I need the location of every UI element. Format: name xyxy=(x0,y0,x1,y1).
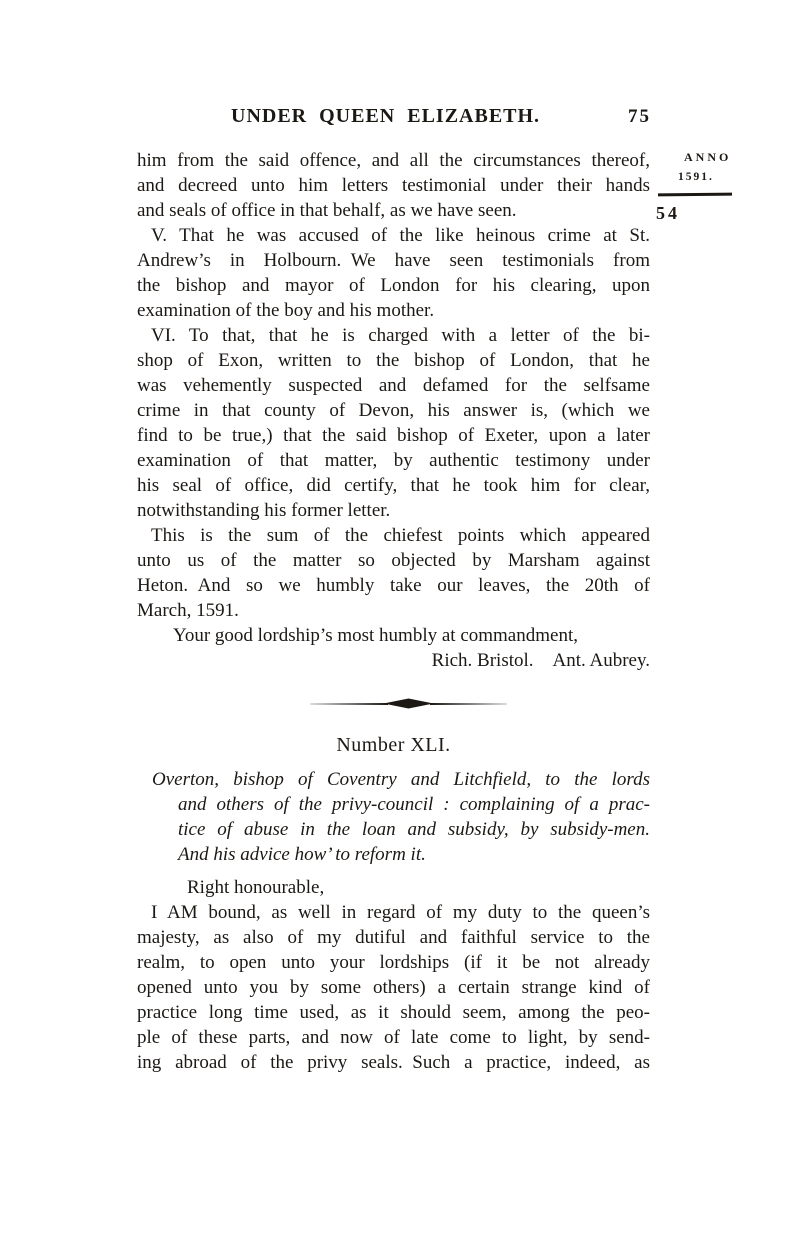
text-line: find to be true,) that the said bishop o… xyxy=(137,423,650,448)
text-line: crime in that county of Devon, his answe… xyxy=(137,398,650,423)
letter-summary: Overton, bishop of Coventry and Litchfie… xyxy=(152,767,650,867)
text-line: This is the sum of the chiefest points w… xyxy=(137,523,650,548)
salutation-line: Right honourable, xyxy=(187,875,650,900)
text-line: him from the said offence, and all the c… xyxy=(137,148,650,173)
paragraph: VI. To that, that he is charged with a l… xyxy=(137,323,650,523)
paragraph: V. That he was accused of the like heino… xyxy=(137,223,650,323)
text-line: was vehemently suspected and defamed for… xyxy=(137,373,650,398)
text-line: V. That he was accused of the like heino… xyxy=(137,223,650,248)
anno-label: ANNO xyxy=(684,150,731,165)
text-line: Heton. And so we humbly take our leaves,… xyxy=(137,573,650,598)
text-line: Andrew’s in Holbourn. We have seen testi… xyxy=(137,248,650,273)
section-divider xyxy=(310,698,507,709)
text-line: ing abroad of the privy seals. Such a pr… xyxy=(137,1050,650,1075)
text-line: practice long time used, as it should se… xyxy=(137,1000,650,1025)
closing-line: Your good lordship’s most humbly at comm… xyxy=(173,623,650,648)
divider-line xyxy=(310,703,388,705)
text-line: March, 1591. xyxy=(137,598,650,623)
text-line: the bishop and mayor of London for his c… xyxy=(137,273,650,298)
signature-line: Rich. Bristol. Ant. Aubrey. xyxy=(137,648,650,673)
paragraph: him from the said offence, and all the c… xyxy=(137,148,650,223)
paragraph: This is the sum of the chiefest points w… xyxy=(137,523,650,623)
text-line: unto us of the matter so objected by Mar… xyxy=(137,548,650,573)
text-line: notwithstanding his former letter. xyxy=(137,498,650,523)
text-line: I AM bound, as well in regard of my duty… xyxy=(137,900,650,925)
divider-line xyxy=(430,703,508,705)
section-heading: Number XLI. xyxy=(137,733,650,758)
text-line: and decreed unto him letters testimonial… xyxy=(137,173,650,198)
running-head: UNDER QUEEN ELIZABETH. xyxy=(231,105,540,128)
text-line: ple of these parts, and now of late come… xyxy=(137,1025,650,1050)
book-page: UNDER QUEEN ELIZABETH. 75 ANNO 1591. 54 … xyxy=(0,0,800,1237)
summary-line: and others of the privy-council : compla… xyxy=(152,792,650,817)
text-line: realm, to open unto your lordships (if i… xyxy=(137,950,650,975)
summary-line: Overton, bishop of Coventry and Litchfie… xyxy=(152,767,650,792)
margin-rule xyxy=(658,193,732,196)
text-line: and seals of office in that behalf, as w… xyxy=(137,198,650,223)
gathering-mark: 54 xyxy=(656,203,680,224)
text-line: examination of that matter, by authentic… xyxy=(137,448,650,473)
text-column: him from the said offence, and all the c… xyxy=(137,148,650,1075)
text-line: majesty, as also of my dutiful and faith… xyxy=(137,925,650,950)
paragraph: I AM bound, as well in regard of my duty… xyxy=(137,900,650,1075)
text-line: shop of Exon, written to the bishop of L… xyxy=(137,348,650,373)
page-number: 75 xyxy=(628,106,651,128)
text-line: his seal of office, did certify, that he… xyxy=(137,473,650,498)
summary-line: And his advice how’ to reform it. xyxy=(152,842,650,867)
anno-year: 1591. xyxy=(678,171,714,183)
summary-line: tice of abuse in the loan and subsidy, b… xyxy=(152,817,650,842)
text-line: VI. To that, that he is charged with a l… xyxy=(137,323,650,348)
text-line: examination of the boy and his mother. xyxy=(137,298,650,323)
diamond-ornament-icon xyxy=(384,698,434,709)
text-line: opened unto you by some others) a certai… xyxy=(137,975,650,1000)
